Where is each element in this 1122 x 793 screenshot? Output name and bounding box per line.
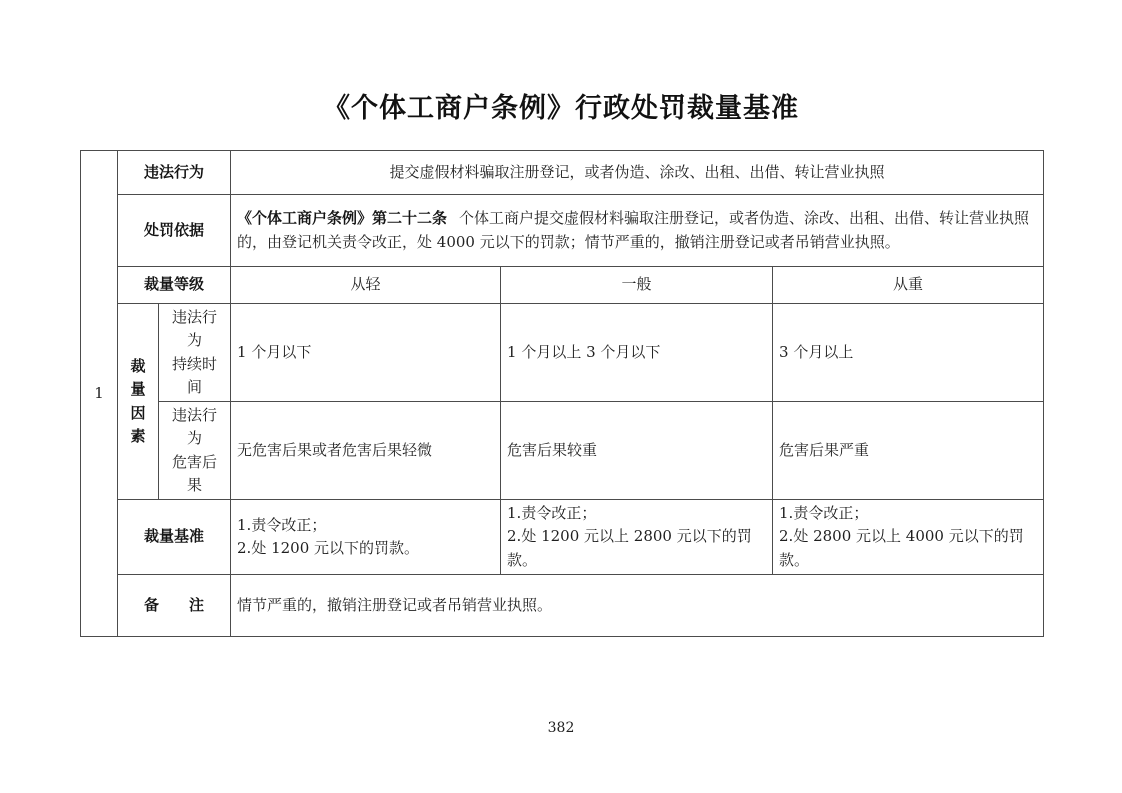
table-row-duration: 裁 量 因 素 违法行为 持续时间 1 个月以下 1 个月以上 3 个月以下 3… [81,304,1044,402]
duration-label: 违法行为 持续时间 [159,304,231,402]
consequence-general: 危害后果较重 [501,402,773,500]
standard-general: 1.责令改正； 2.处 1200 元以上 2800 元以下的罚款。 [501,500,773,575]
row-number-cell: 1 [81,151,118,637]
consequence-light: 无危害后果或者危害后果轻微 [231,402,501,500]
level-heavy: 从重 [773,267,1044,304]
level-general: 一般 [501,267,773,304]
standard-heavy: 1.责令改正； 2.处 2800 元以上 4000 元以下的罚款。 [773,500,1044,575]
remarks-text: 情节严重的，撤销注册登记或者吊销营业执照。 [231,574,1044,636]
duration-general: 1 个月以上 3 个月以下 [501,304,773,402]
table-row-remarks: 备 注 情节严重的，撤销注册登记或者吊销营业执照。 [81,574,1044,636]
page-number: 382 [0,720,1122,736]
duration-light: 1 个月以下 [231,304,501,402]
table-row-consequence: 违法行为 危害后果 无危害后果或者危害后果轻微 危害后果较重 危害后果严重 [81,402,1044,500]
penalty-standard-table: 1 违法行为 提交虚假材料骗取注册登记，或者伪造、涂改、出租、出借、转让营业执照… [80,150,1044,637]
discretion-factors-label: 裁 量 因 素 [118,304,159,500]
penalty-basis-cell: 《个体工商户条例》第二十二条个体工商户提交虚假材料骗取注册登记，或者伪造、涂改、… [231,195,1044,267]
table-row-penalty-basis: 处罚依据 《个体工商户条例》第二十二条个体工商户提交虚假材料骗取注册登记，或者伪… [81,195,1044,267]
document-page: 《个体工商户条例》行政处罚裁量基准 1 违法行为 提交虚假材料骗取注册登记，或者… [0,0,1122,793]
page-title: 《个体工商户条例》行政处罚裁量基准 [0,86,1122,125]
level-light: 从轻 [231,267,501,304]
table-row-discretion-level: 裁量等级 从轻 一般 从重 [81,267,1044,304]
discretion-level-label: 裁量等级 [118,267,231,304]
table-row-discretion-standard: 裁量基准 1.责令改正； 2.处 1200 元以下的罚款。 1.责令改正； 2.… [81,500,1044,575]
penalty-basis-label: 处罚依据 [118,195,231,267]
table-row-illegal-act: 1 违法行为 提交虚假材料骗取注册登记，或者伪造、涂改、出租、出借、转让营业执照 [81,151,1044,195]
penalty-basis-clause: 《个体工商户条例》第二十二条 [237,209,447,227]
discretion-standard-label: 裁量基准 [118,500,231,575]
remarks-label: 备 注 [118,574,231,636]
illegal-act-description: 提交虚假材料骗取注册登记，或者伪造、涂改、出租、出借、转让营业执照 [231,151,1044,195]
illegal-act-label: 违法行为 [118,151,231,195]
consequence-heavy: 危害后果严重 [773,402,1044,500]
standard-light: 1.责令改正； 2.处 1200 元以下的罚款。 [231,500,501,575]
duration-heavy: 3 个月以上 [773,304,1044,402]
consequence-label: 违法行为 危害后果 [159,402,231,500]
